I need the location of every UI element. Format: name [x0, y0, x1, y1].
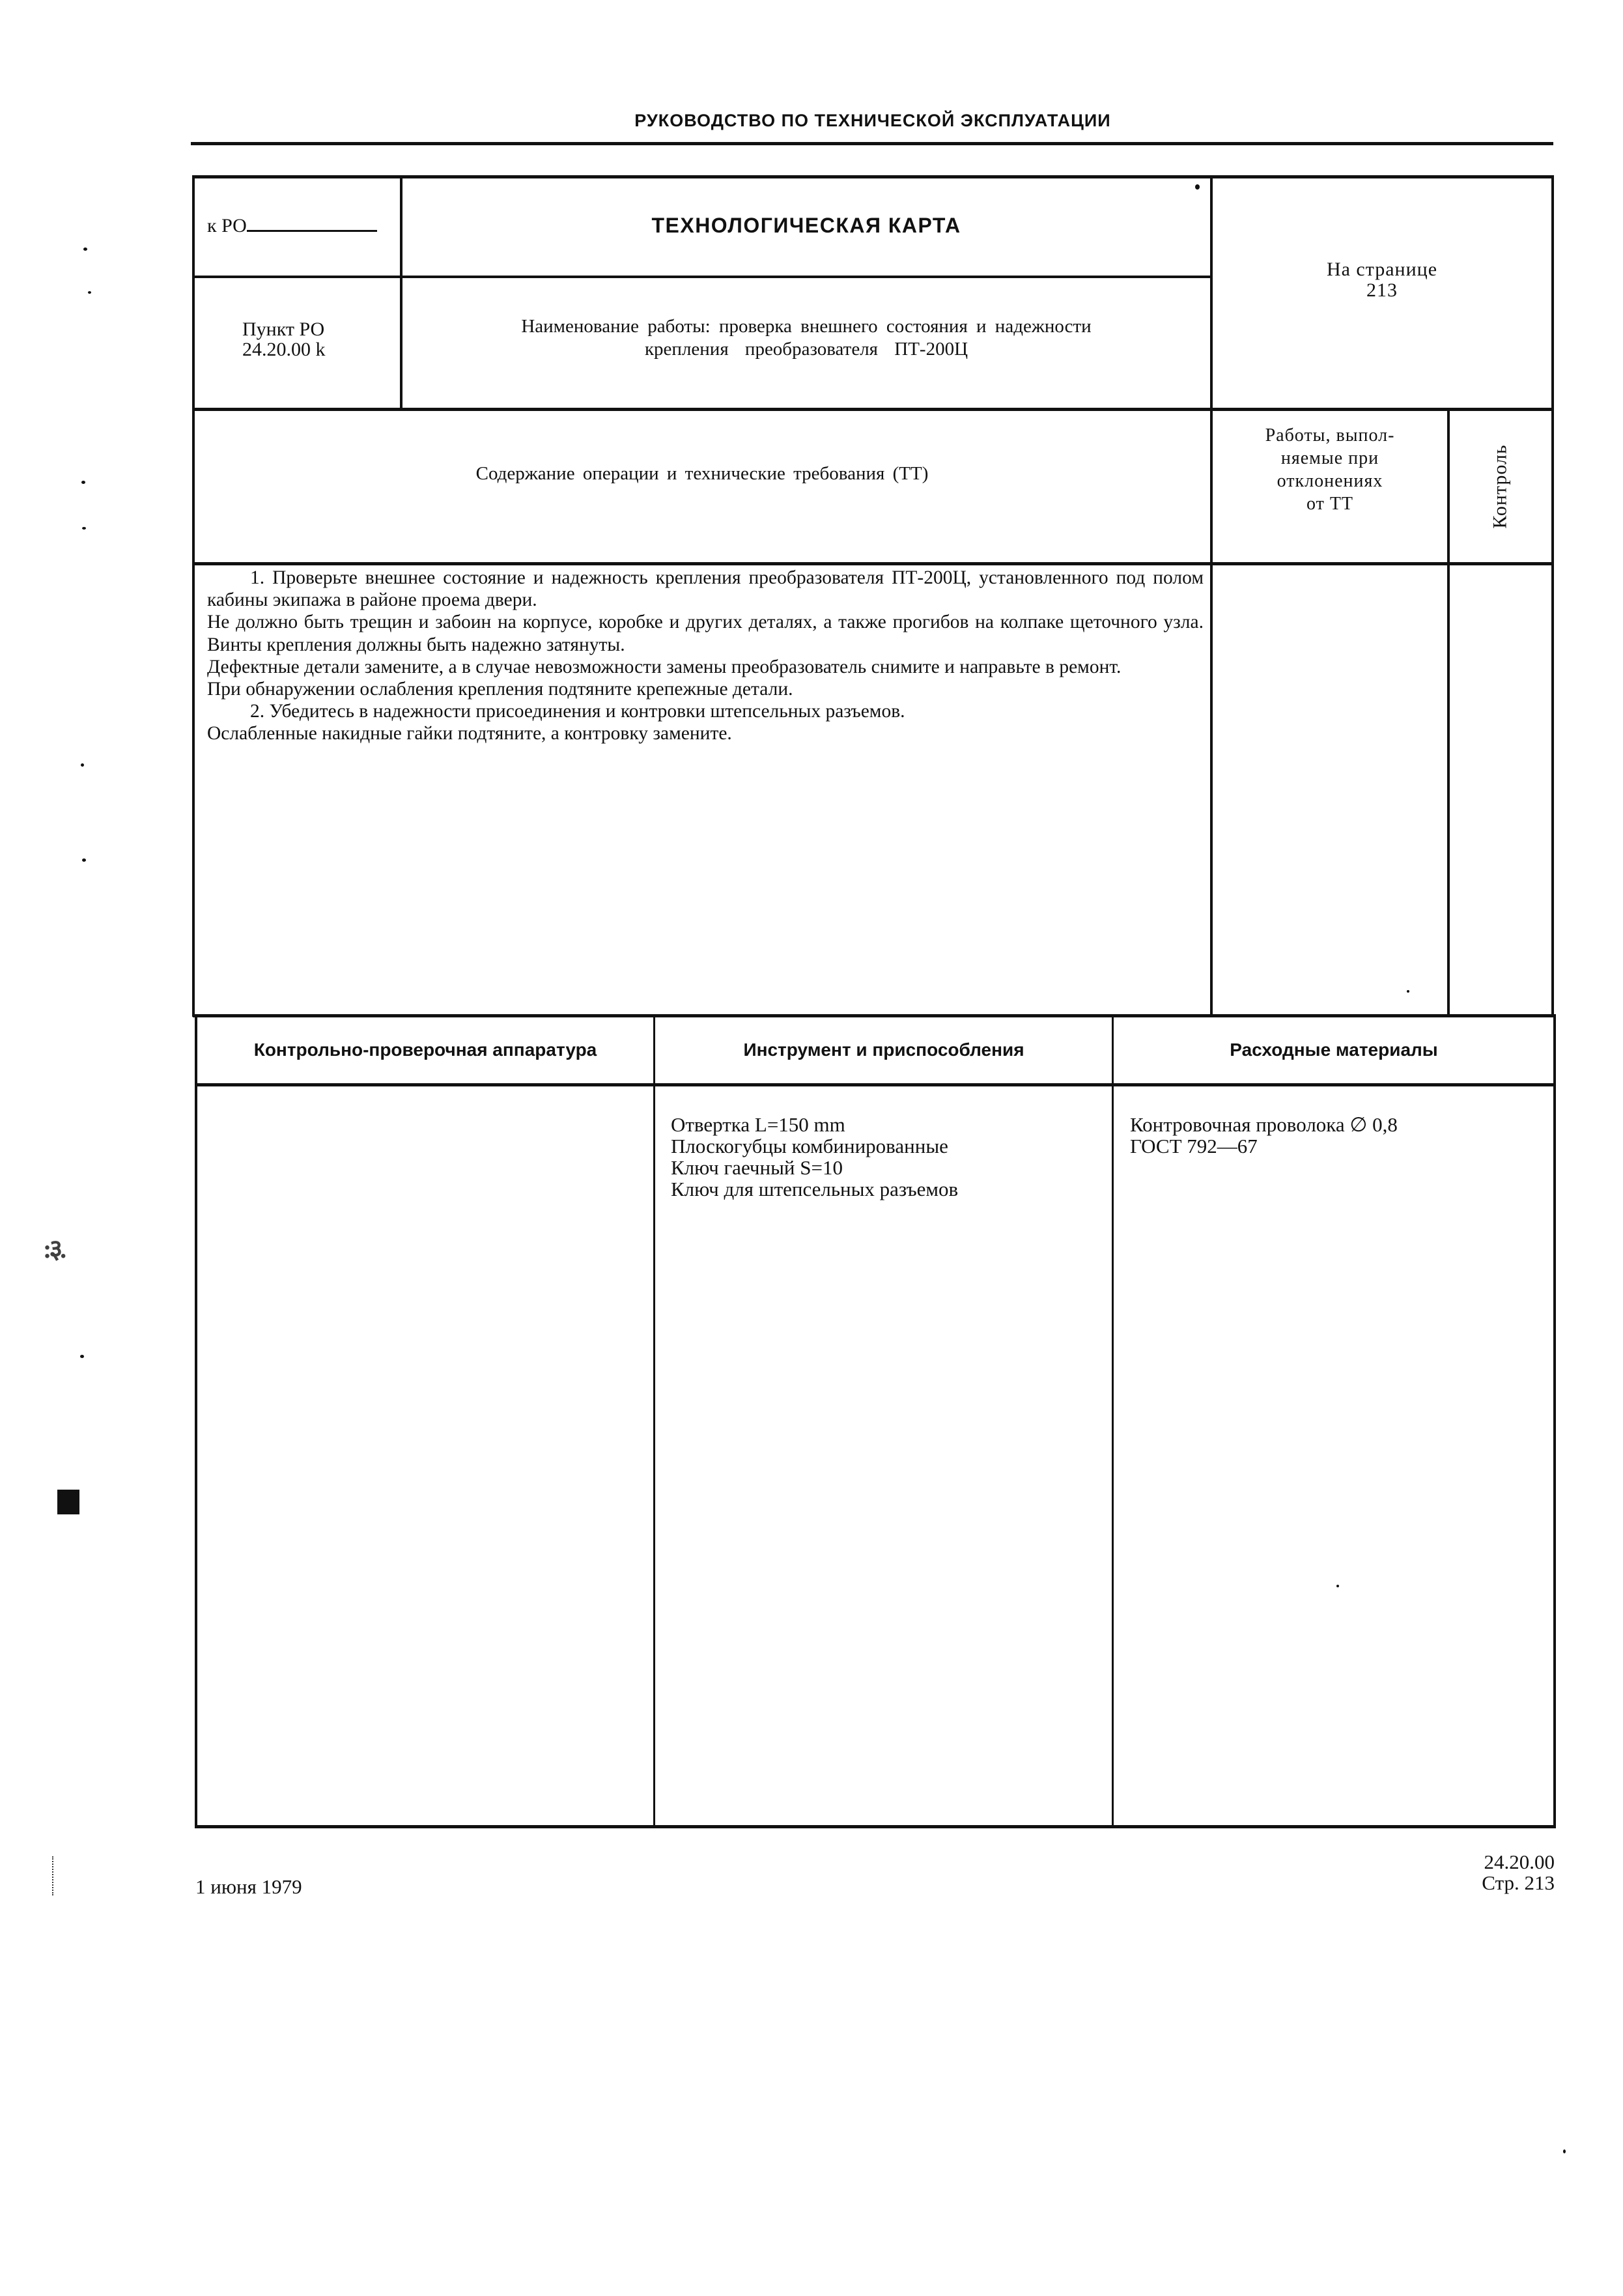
resources-col-divider-1 [653, 1014, 655, 1828]
on-page-number: 213 [1213, 280, 1551, 301]
instructions-body: 1. Проверьте внешнее состояние и надежно… [207, 567, 1204, 745]
body-bottom-divider [193, 1014, 1555, 1017]
instruction-paragraph: 1. Проверьте внешнее состояние и надежно… [207, 567, 1204, 611]
ref-po-field: к РО [207, 215, 389, 237]
tool-item: Ключ для штепсельных разъемов [671, 1178, 1107, 1200]
ref-po-blank [247, 216, 377, 232]
scan-speck [82, 527, 86, 530]
material-item: ГОСТ 792—67 [1130, 1135, 1547, 1157]
content-column-header: Содержание операции и технические требов… [194, 462, 1210, 485]
instruction-paragraph: При обнаружении ослабления крепления под… [207, 678, 1204, 700]
instruction-paragraph: 2. Убедитесь в надежности присоединения … [207, 700, 1204, 722]
title-row-divider [193, 276, 1213, 278]
footer-date: 1 июня 1979 [195, 1876, 302, 1898]
tools-list: Отвертка L=150 mm Плоскогубцы комбиниров… [671, 1114, 1107, 1200]
deviation-header-line: Работы, выпол- [1213, 424, 1447, 447]
resources-bottom-border [195, 1825, 1555, 1828]
margin-black-square [57, 1490, 79, 1514]
instruction-paragraph: Дефектные детали замените, а в случае не… [207, 656, 1204, 678]
item-po-label: Пункт РО [242, 319, 399, 339]
resources-right-border [1553, 1014, 1556, 1828]
running-head: РУКОВОДСТВО ПО ТЕХНИЧЕСКОЙ ЭКСПЛУАТАЦИИ [0, 111, 1623, 131]
col-ref-divider [400, 175, 402, 410]
scan-speck [80, 1355, 84, 1358]
material-item: Контровочная проволока ∅ 0,8 [1130, 1114, 1547, 1135]
tool-item: Плоскогубцы комбинированные [671, 1135, 1107, 1157]
control-column-header-cell: Контроль [1450, 410, 1551, 562]
margin-binding-marks [52, 1856, 60, 1895]
deviation-header-line: отклонениях [1213, 470, 1447, 492]
deviation-header-line: от ТТ [1213, 492, 1447, 515]
work-name: Наименование работы: проверка внешнего с… [402, 315, 1210, 361]
materials-list: Контровочная проволока ∅ 0,8 ГОСТ 792—67 [1130, 1114, 1547, 1157]
footer-page: Стр. 213 [1482, 1873, 1555, 1893]
work-name-line-2: крепления преобразователя ПТ-200Ц [402, 338, 1210, 361]
deviation-header-line: няемые при [1213, 447, 1447, 470]
resources-col-divider-2 [1112, 1014, 1114, 1828]
table-left-border [192, 175, 195, 1017]
scan-speck [81, 481, 85, 484]
instruction-paragraph: Не должно быть трещин и забоин на корпус… [207, 611, 1204, 655]
card-title: ТЕХНОЛОГИЧЕСКАЯ КАРТА [402, 214, 1210, 238]
tools-header: Инструмент и приспособления [656, 1040, 1112, 1060]
resources-header-divider [195, 1083, 1555, 1086]
on-page-block: На странице 213 [1213, 259, 1551, 301]
resources-left-border [195, 1014, 197, 1828]
tool-item: Ключ гаечный S=10 [671, 1157, 1107, 1178]
work-name-line-1: Наименование работы: проверка внешнего с… [402, 315, 1210, 338]
scan-speck [81, 763, 84, 767]
ref-po-label: к РО [207, 215, 247, 236]
scan-speck [82, 858, 86, 862]
scan-speck [88, 291, 91, 294]
columns-row-divider [193, 562, 1554, 565]
col-main-divider [1210, 175, 1213, 1017]
scan-speck [1195, 184, 1200, 190]
margin-mark-smudge: :३. [43, 1236, 83, 1264]
table-top-border [193, 175, 1554, 178]
instruction-paragraph: Ослабленные накидные гайки подтяните, а … [207, 722, 1204, 744]
header-row-divider [193, 408, 1554, 411]
header-rule [191, 142, 1553, 145]
on-page-label: На странице [1213, 259, 1551, 280]
tool-item: Отвертка L=150 mm [671, 1114, 1107, 1135]
table-right-border [1551, 175, 1554, 1017]
deviation-column-header: Работы, выпол- няемые при отклонениях от… [1213, 424, 1447, 515]
control-column-header: Контроль [1489, 444, 1512, 528]
scan-speck [1336, 1585, 1339, 1587]
scan-speck [1407, 990, 1409, 993]
scan-speck [1563, 2149, 1566, 2153]
item-po-number: 24.20.00 k [242, 339, 399, 360]
footer-section: 24.20.00 [1482, 1852, 1555, 1873]
footer-reference: 24.20.00 Стр. 213 [1482, 1852, 1555, 1893]
materials-header: Расходные материалы [1114, 1040, 1553, 1060]
test-equipment-header: Контрольно-проверочная аппаратура [197, 1040, 653, 1060]
item-po-block: Пункт РО 24.20.00 k [242, 319, 399, 360]
scan-speck [83, 248, 87, 251]
